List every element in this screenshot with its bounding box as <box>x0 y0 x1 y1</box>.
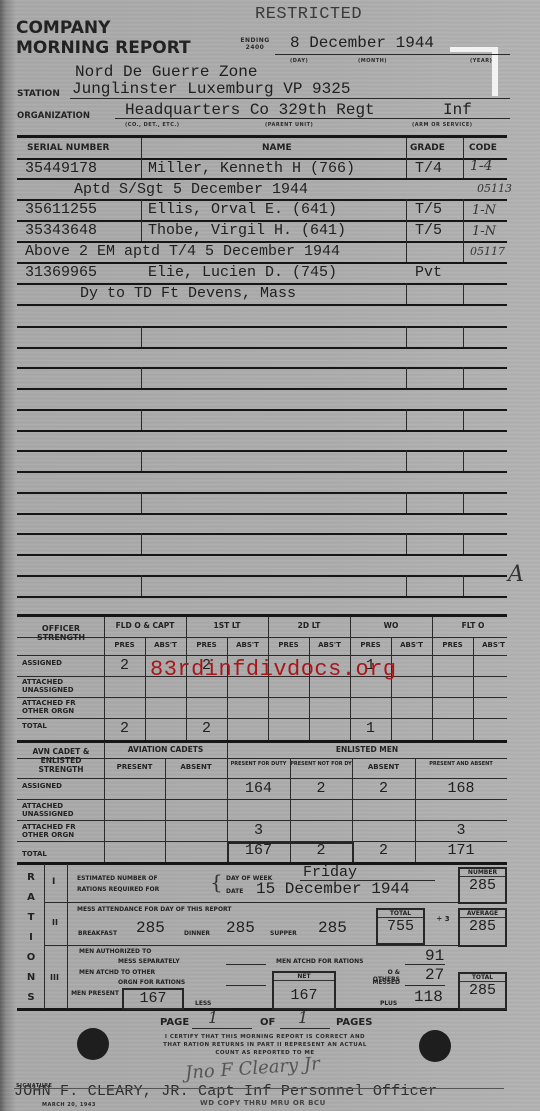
roster-name-2: Ellis, Orval E. (641) <box>148 201 337 218</box>
caption-month: (MONTH) <box>358 58 387 64</box>
officer-row-label: ASSIGNED <box>22 659 102 667</box>
auth-mess-label-1: MEN AUTHORIZED TO <box>79 948 151 955</box>
officer-group-header: FLD O & CAPT <box>104 621 186 630</box>
roster-name-4: Elie, Lucien D. (745) <box>148 264 337 281</box>
dinner-value: 285 <box>226 919 255 937</box>
certify-line-3: COUNT AS REPORTED TO ME <box>130 1049 400 1057</box>
number-label: NUMBER <box>460 869 505 877</box>
aviation-cadets-header: AVIATION CADETS <box>104 745 227 754</box>
atchd-for-rations-value: 91 <box>425 947 444 965</box>
officer-group-header: FLT O <box>432 621 514 630</box>
station-value: Junglinster Luxemburg VP 9325 <box>72 80 350 98</box>
officer-sub-abst: ABS'T <box>391 641 432 649</box>
footer-note: WD COPY THRU MRU OR BCU <box>200 1099 326 1107</box>
net-label: NET <box>274 973 334 981</box>
officer-row-label: ATTACHED UNASSIGNED <box>22 678 102 694</box>
enlisted-row-label: TOTAL <box>22 850 102 858</box>
roster-grade-3: T/5 <box>415 222 442 239</box>
arm-value: Inf <box>443 101 472 119</box>
certify-line-2: THAT RATION RETURNS IN PART II REPRESENT… <box>130 1041 400 1049</box>
mess-attendance-label: MESS ATTENDANCE FOR DAY OF THIS REPORT <box>77 906 232 913</box>
average-box: AVERAGE 285 <box>458 908 507 947</box>
officer-sub-abst: ABS'T <box>145 641 186 649</box>
caption-arm: (ARM OR SERVICE) <box>412 122 473 128</box>
roster-remark-2: Above 2 EM aptd T/4 5 December 1944 <box>25 243 340 260</box>
o-others-value: 27 <box>425 966 444 984</box>
enlisted-row-label: ATTACHED UNASSIGNED <box>22 802 102 818</box>
average-label: AVERAGE <box>460 910 505 918</box>
officer-sub-abst: ABS'T <box>473 641 514 649</box>
officer-sub-abst: ABS'T <box>309 641 350 649</box>
enlisted-cell: 171 <box>415 842 507 859</box>
roster-code-2: 1-N <box>472 203 496 218</box>
enlisted-col-header: PRESENT FOR DUTY <box>227 761 290 768</box>
rations-side-letter: R <box>22 868 40 888</box>
supper-value: 285 <box>318 919 347 937</box>
certification-text: I CERTIFY THAT THIS MORNING REPORT IS CO… <box>130 1033 400 1057</box>
divide-by-three: ÷ 3 <box>433 915 453 923</box>
number-value: 285 <box>460 877 505 894</box>
officer-cell: 2 <box>186 720 227 737</box>
roster-name-1: Miller, Kenneth H (766) <box>148 160 355 177</box>
roster-serial-3: 35343648 <box>25 222 97 239</box>
officer-group-header: 2D LT <box>268 621 350 630</box>
enlisted-cell: 2 <box>290 780 352 797</box>
officer-sub-pres: PRES <box>432 641 473 649</box>
enlisted-col-header: ABSENT <box>352 764 415 771</box>
ration-total-label: TOTAL <box>460 974 505 982</box>
men-present-label: MEN PRESENT <box>70 990 120 997</box>
men-present-value: 167 <box>124 990 182 1008</box>
roster-grade-1: T/4 <box>415 160 442 177</box>
rations-side-label: RATIONS <box>22 868 40 1008</box>
net-value: 167 <box>274 987 334 1004</box>
atchd-for-rations-label: MEN ATCHD FOR RATIONS <box>276 958 363 965</box>
of-value: 1 <box>298 1008 308 1027</box>
caption-year: (YEAR) <box>470 58 492 64</box>
col-header-grade: GRADE <box>410 143 445 153</box>
enlisted-cell: 164 <box>227 780 290 797</box>
zone-text: Nord De Guerre Zone <box>75 63 257 81</box>
enlisted-cell: 2 <box>352 780 415 797</box>
officer-sub-pres: PRES <box>186 641 227 649</box>
col-header-code: CODE <box>469 143 497 153</box>
section-ii-numeral: II <box>52 918 58 927</box>
rations-side-letter: I <box>22 928 40 948</box>
ration-date-value: 15 December 1944 <box>256 880 410 898</box>
atchd-other-label-2: ORGN FOR RATIONS <box>118 979 185 986</box>
rations-side-letter: S <box>22 988 40 1008</box>
roster-serial-4: 31369965 <box>25 264 97 281</box>
officer-group-header: WO <box>350 621 432 630</box>
enlisted-cell: 3 <box>415 822 507 839</box>
roster-code-remark-2: 05117 <box>470 245 505 258</box>
roster-serial-1: 35449178 <box>25 160 97 177</box>
ending-label-1: ENDING <box>236 37 274 44</box>
ration-total-box: TOTAL 285 <box>458 972 507 1010</box>
men-present-box: 167 <box>122 988 184 1010</box>
officer-cell: 2 <box>104 720 145 737</box>
mess-total-value: 755 <box>378 918 423 935</box>
less-label: LESS <box>195 1000 211 1007</box>
form-title-line1: COMPANY <box>16 18 110 38</box>
section-i-label-1: ESTIMATED NUMBER OF <box>77 875 158 882</box>
officer-row-label: ATTACHED FR OTHER ORGN <box>22 699 102 715</box>
page-label: PAGE <box>160 1017 189 1028</box>
organization-value: Headquarters Co 329th Regt <box>125 101 375 119</box>
officer-row-label: TOTAL <box>22 722 102 730</box>
ending-label-2: 2400 <box>236 44 274 51</box>
rations-side-letter: T <box>22 908 40 928</box>
officer-cell: 2 <box>104 657 145 674</box>
officer-cell: 1 <box>350 720 391 737</box>
day-of-week-value: Friday <box>303 864 357 881</box>
enlisted-col-header: ABSENT <box>165 764 227 771</box>
roster-remark-1: Aptd S/Sgt 5 December 1944 <box>74 181 308 198</box>
enlisted-cell: 168 <box>415 780 507 797</box>
section-i-numeral: I <box>52 877 55 887</box>
tape-mark <box>450 47 498 52</box>
officer-group-header: 1ST LT <box>186 621 268 630</box>
officer-sub-pres: PRES <box>350 641 391 649</box>
rations-side-letter: A <box>22 888 40 908</box>
report-ending-date: 8 December 1944 <box>290 34 434 52</box>
roster-serial-2: 35611255 <box>25 201 97 218</box>
net-box: NET 167 <box>272 971 336 1010</box>
brace-icon: { <box>210 870 223 894</box>
handwritten-signature: Jno F Cleary Jr <box>184 1053 320 1083</box>
station-label: STATION <box>17 89 60 99</box>
o-others-label-2: MESSED <box>360 979 400 986</box>
roster-name-3: Thobe, Virgil H. (641) <box>148 222 346 239</box>
form-date: MARCH 20, 1943 <box>42 1102 96 1108</box>
rations-side-letter: O <box>22 948 40 968</box>
ending-label: ENDING 2400 <box>236 37 274 51</box>
enlisted-col-header: PRESENT NOT FOR DY <box>290 761 352 768</box>
officer-sub-pres: PRES <box>268 641 309 649</box>
caption-parent: (PARENT UNIT) <box>265 122 313 128</box>
officer-strength-title: OFFICER STRENGTH <box>20 624 102 642</box>
punch-hole-right <box>419 1030 451 1062</box>
enlisted-col-header: PRESENT <box>104 764 165 771</box>
morning-report-document: RESTRICTED COMPANY MORNING REPORT ENDING… <box>0 0 540 1111</box>
roster-code-1: 1-4 <box>470 158 493 174</box>
caption-co: (CO., DET., ETC.) <box>125 122 180 128</box>
average-value: 285 <box>460 918 505 935</box>
auth-mess-label-2: MESS SEPARATELY <box>118 958 180 965</box>
enlisted-men-header: ENLISTED MEN <box>227 745 507 754</box>
breakfast-value: 285 <box>136 919 165 937</box>
form-title-line2: MORNING REPORT <box>16 38 191 58</box>
margin-mark: A <box>508 562 524 587</box>
enlisted-cell: 2 <box>352 842 415 859</box>
roster-code-remark-1: 05113 <box>477 182 512 195</box>
classification-stamp: RESTRICTED <box>255 5 362 24</box>
ration-total-value: 285 <box>460 982 505 999</box>
enlisted-cell: 3 <box>227 822 290 839</box>
number-box: NUMBER 285 <box>458 867 507 904</box>
page-value: 1 <box>208 1008 218 1027</box>
officer-sub-abst: ABS'T <box>227 641 268 649</box>
signer-name: JOHN F. CLEARY, JR. Capt Inf Personnel O… <box>14 1083 437 1100</box>
atchd-other-label-1: MEN ATCHD TO OTHER <box>79 969 155 976</box>
watermark-text: 83rdinfdivdocs.org <box>150 657 397 682</box>
col-header-serial: SERIAL NUMBER <box>27 143 109 153</box>
roster-remark-3: Dy to TD Ft Devens, Mass <box>80 285 296 302</box>
rations-side-letter: N <box>22 968 40 988</box>
caption-day: (DAY) <box>290 58 308 64</box>
pages-label: PAGES <box>336 1017 372 1028</box>
punch-hole-left <box>77 1028 109 1060</box>
of-label: OF <box>260 1017 275 1028</box>
supper-label: SUPPER <box>270 930 297 937</box>
roster-grade-4: Pvt <box>415 264 442 281</box>
roster-code-3: 1-N <box>472 224 496 239</box>
col-header-name: NAME <box>262 143 292 153</box>
section-iii-numeral: III <box>50 973 59 982</box>
organization-label: ORGANIZATION <box>17 111 90 121</box>
plus-label: PLUS <box>380 1000 397 1007</box>
mess-total-label: TOTAL <box>378 910 423 918</box>
dinner-label: DINNER <box>184 930 210 937</box>
breakfast-label: BREAKFAST <box>78 930 117 937</box>
enlisted-row-label: ATTACHED FR OTHER ORGN <box>22 823 102 839</box>
enlisted-col-header: PRESENT AND ABSENT <box>415 761 507 768</box>
ration-date-label: DATE <box>226 888 243 895</box>
mess-total-box: TOTAL 755 <box>376 908 425 945</box>
total-highlight-box <box>227 842 354 864</box>
enlisted-row-label: ASSIGNED <box>22 782 102 790</box>
certify-line-1: I CERTIFY THAT THIS MORNING REPORT IS CO… <box>130 1033 400 1041</box>
plus-value: 118 <box>414 988 443 1006</box>
officer-sub-pres: PRES <box>104 641 145 649</box>
enlisted-strength-title: AVN CADET & ENLISTED STRENGTH <box>20 747 102 774</box>
section-i-label-2: RATIONS REQUIRED FOR <box>77 886 159 893</box>
roster-grade-2: T/5 <box>415 201 442 218</box>
